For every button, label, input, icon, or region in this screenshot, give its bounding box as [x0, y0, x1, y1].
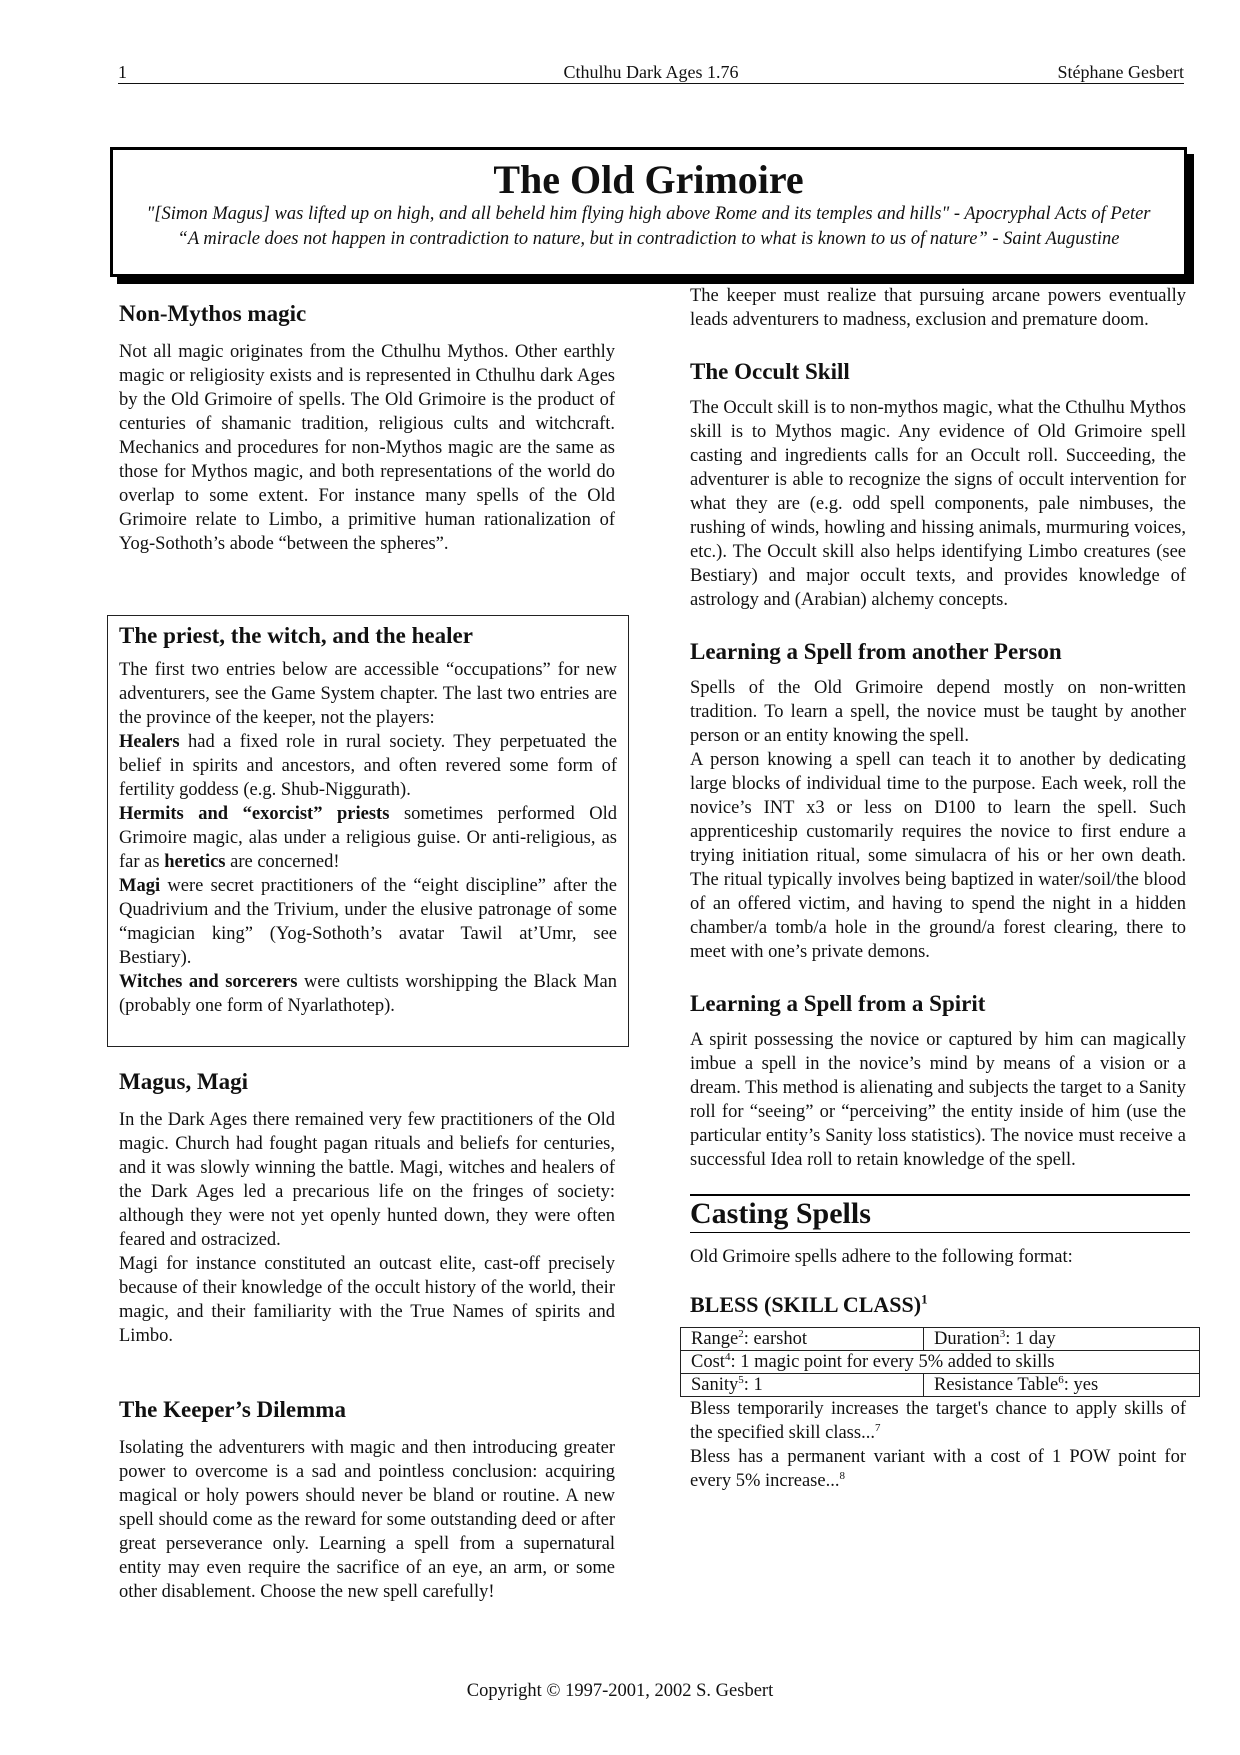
entry-healers: Healers had a fixed role in rural societ…	[119, 730, 617, 802]
duration-cell: Duration3: 1 day	[924, 1328, 1200, 1351]
left-column: Non-Mythos magic Not all magic originate…	[119, 300, 615, 556]
entry-term: Magi	[119, 876, 160, 896]
right-column: The keeper must realize that pursuing ar…	[690, 284, 1186, 1493]
section-heading-learn-spirit: Learning a Spell from a Spirit	[690, 990, 1186, 1018]
author-name: Stéphane Gesbert	[1058, 62, 1184, 82]
spell-title: BLESS (SKILL CLASS)1	[690, 1291, 1186, 1319]
entry-hermits: Hermits and “exorcist” priests sometimes…	[119, 802, 617, 874]
chapter-title: The Old Grimoire	[113, 158, 1184, 202]
casting-intro: Old Grimoire spells adhere to the follow…	[690, 1245, 1186, 1269]
cost-cell: Cost4: 1 magic point for every 5% added …	[681, 1351, 1200, 1374]
section-keeper-dilemma: The Keeper’s Dilemma Isolating the adven…	[119, 1396, 615, 1604]
section-body-learn-spirit: A spirit possessing the novice or captur…	[690, 1028, 1186, 1172]
section-body-learn-person-1: Spells of the Old Grimoire depend mostly…	[690, 676, 1186, 748]
sidebar-box-priest-witch-healer: The priest, the witch, and the healer Th…	[107, 615, 629, 1047]
spell-description-2: Bless has a permanent variant with a cos…	[690, 1445, 1186, 1493]
entry-text: were secret practitioners of the “eight …	[119, 876, 617, 968]
entry-term: Healers	[119, 732, 180, 752]
section-heading-keeper: The Keeper’s Dilemma	[119, 1396, 615, 1424]
book-title: Cthulhu Dark Ages 1.76	[118, 62, 1184, 82]
entry-term: Hermits and “exorcist” priests	[119, 804, 389, 824]
sidebar-intro: The first two entries below are accessib…	[119, 658, 617, 730]
epigraph-quote-2: “A miracle does not happen in contradict…	[113, 227, 1184, 252]
spell-name: BLESS (SKILL CLASS)	[690, 1292, 921, 1317]
copyright-footer: Copyright © 1997-2001, 2002 S. Gesbert	[0, 1681, 1240, 1702]
section-heading-magus: Magus, Magi	[119, 1068, 615, 1096]
footnote-ref: 1	[921, 1292, 928, 1307]
section-body-non-mythos: Not all magic originates from the Cthulh…	[119, 340, 615, 556]
sidebar-heading: The priest, the witch, and the healer	[119, 622, 617, 650]
footnote-ref: 8	[839, 1470, 845, 1482]
footnote-ref: 7	[875, 1422, 881, 1434]
table-row: Sanity5: 1 Resistance Table6: yes	[681, 1374, 1200, 1397]
section-heading-learn-person: Learning a Spell from another Person	[690, 638, 1186, 666]
section-body-keeper: Isolating the adventurers with magic and…	[119, 1436, 615, 1604]
chapter-heading-casting-spells: Casting Spells	[690, 1194, 1190, 1233]
entry-term-heretics: heretics	[164, 852, 225, 872]
entry-text: are concerned!	[226, 852, 340, 872]
entry-witches: Witches and sorcerers were cultists wors…	[119, 970, 617, 1018]
entry-magi: Magi were secret practitioners of the “e…	[119, 874, 617, 970]
section-heading-occult: The Occult Skill	[690, 358, 1186, 386]
resistance-cell: Resistance Table6: yes	[924, 1374, 1200, 1397]
section-body-occult: The Occult skill is to non-mythos magic,…	[690, 396, 1186, 612]
epigraph-quote-1: "[Simon Magus] was lifted up on high, an…	[113, 202, 1184, 227]
entry-term: Witches and sorcerers	[119, 972, 297, 992]
table-row: Range2: earshot Duration3: 1 day	[681, 1328, 1200, 1351]
range-cell: Range2: earshot	[681, 1328, 924, 1351]
entry-text: had a fixed role in rural society. They …	[119, 732, 617, 800]
section-body-learn-person-2: A person knowing a spell can teach it to…	[690, 748, 1186, 964]
keeper-continuation: The keeper must realize that pursuing ar…	[690, 284, 1186, 332]
section-body-magus-1: In the Dark Ages there remained very few…	[119, 1108, 615, 1252]
spell-stats-table: Range2: earshot Duration3: 1 day Cost4: …	[680, 1327, 1200, 1397]
spell-description-1: Bless temporarily increases the target's…	[690, 1397, 1186, 1445]
table-row: Cost4: 1 magic point for every 5% added …	[681, 1351, 1200, 1374]
section-magus: Magus, Magi In the Dark Ages there remai…	[119, 1068, 615, 1348]
sanity-cell: Sanity5: 1	[681, 1374, 924, 1397]
running-header: 1 Cthulhu Dark Ages 1.76 Stéphane Gesber…	[118, 62, 1184, 84]
section-heading-non-mythos: Non-Mythos magic	[119, 300, 615, 328]
section-body-magus-2: Magi for instance constituted an outcast…	[119, 1252, 615, 1348]
chapter-title-box: The Old Grimoire "[Simon Magus] was lift…	[110, 147, 1187, 277]
